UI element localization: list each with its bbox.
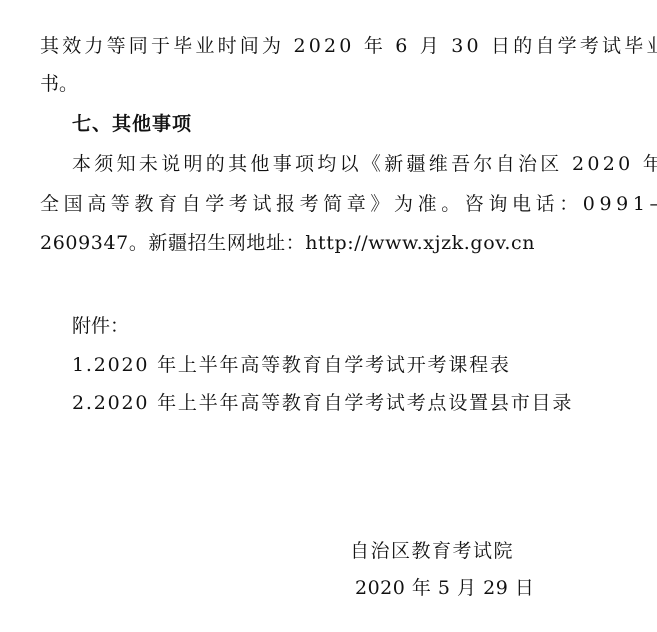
attachment-item-1: 1.2020 年上半年高等教育自学考试开考课程表 xyxy=(72,353,511,377)
signature-date: 2020 年 5 月 29 日 xyxy=(355,576,534,600)
signature-organization: 自治区教育考试院 xyxy=(350,539,514,563)
continuation-line-2: 书。 xyxy=(40,72,78,96)
continuation-line-1: 其效力等同于毕业时间为 2020 年 6 月 30 日的自学考试毕业证 xyxy=(40,34,630,58)
paragraph-line-2: 全国高等教育自学考试报考简章》为准。咨询电话：0991— xyxy=(40,192,657,216)
section-heading: 七、其他事项 xyxy=(72,112,192,136)
paragraph-line-3: 2609347。新疆招生网地址：http://www.xjzk.gov.cn xyxy=(40,231,535,255)
paragraph-line-1: 本须知未说明的其他事项均以《新疆维吾尔自治区 2020 年 xyxy=(72,152,657,176)
attachment-item-2: 2.2020 年上半年高等教育自学考试考点设置县市目录 xyxy=(72,391,573,415)
attachments-label: 附件： xyxy=(72,314,129,338)
